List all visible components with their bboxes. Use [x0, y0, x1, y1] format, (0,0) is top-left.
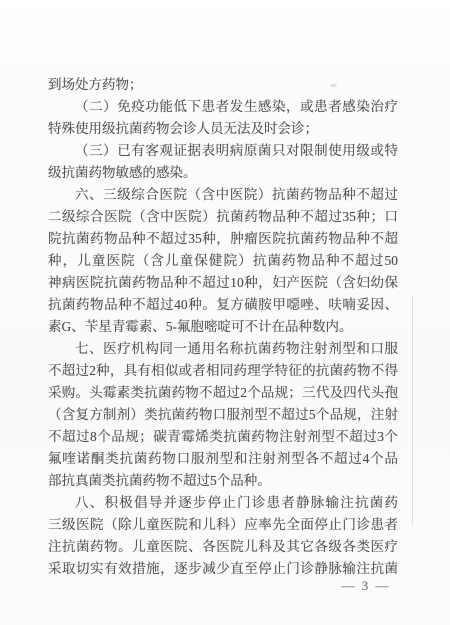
text-line: 六、三级综合医院（含中医院）抗菌药物品种不超过50种， [48, 184, 398, 206]
text-line: 不超过8个品规；碳青霉烯类抗菌药物注射剂型不超过3个品规； [48, 426, 398, 448]
scan-edge-line [412, 295, 413, 525]
text-line: 种，儿童医院（含儿童保健院）抗菌药物品种不超过50种，精 [48, 250, 398, 272]
text-line: 不超过2种，具有相似或者相同药理学特征的抗菌药物不得重复 [48, 360, 398, 382]
text-line: 神病医院抗菌药物品种不超过10种，妇产医院（含妇幼保健院） [48, 272, 398, 294]
text-line: 二级综合医院（含中医院）抗菌药物品种不超过35种；口腔医 [48, 206, 398, 228]
text-line: 采取切实有效措施，逐步减少直至停止门诊静脉输注抗菌药物。 [48, 558, 398, 580]
text-line: （二）免疫功能低下患者发生感染，或患者感染治疗需要， [48, 96, 398, 118]
text-line: 院抗菌药物品种不超过35种，肿瘤医院抗菌药物品种不超过35 [48, 228, 398, 250]
text-line: 素G、苄星青霉素、5-氟胞嘧啶可不计在品种数内。 [48, 316, 398, 338]
text-line: （含复方制剂）类抗菌药物口服剂型不超过5个品规，注射剂型 [48, 404, 398, 426]
text-line: 特殊使用级抗菌药物会诊人员无法及时会诊； [48, 118, 398, 140]
document-page: 到场处方药物；（二）免疫功能低下患者发生感染，或患者感染治疗需要，特殊使用级抗菌… [0, 0, 450, 625]
text-line: 注抗菌药物。儿童医院、各医院儿科及其它各级各类医疗机构应 [48, 536, 398, 558]
text-line: 氟喹诺酮类抗菌药物口服剂型和注射剂型各不超过4个品规；深 [48, 448, 398, 470]
text-line: 部抗真菌类抗菌药物不超过5个品种。 [48, 470, 398, 492]
text-line: 到场处方药物； [48, 74, 398, 96]
text-line: 级抗菌药物敏感的感染。 [48, 162, 398, 184]
text-line: 抗菌药物品种不超过40种。复方磺胺甲噁唑、呋喃妥因、青霉 [48, 294, 398, 316]
text-line: （三）已有客观证据表明病原菌只对限制使用级或特殊使用 [48, 140, 398, 162]
text-line: 七、医疗机构同一通用名称抗菌药物注射剂型和口服剂型各 [48, 338, 398, 360]
text-block: 到场处方药物；（二）免疫功能低下患者发生感染，或患者感染治疗需要，特殊使用级抗菌… [48, 74, 398, 580]
text-line: 八、积极倡导并逐步停止门诊患者静脉输注抗菌药物。全省 [48, 492, 398, 514]
text-line: 三级医院（除儿童医院和儿科）应率先全面停止门诊患者静脉输 [48, 514, 398, 536]
text-line: 采购。头霉素类抗菌药物不超过2个品规；三代及四代头孢菌素 [48, 382, 398, 404]
page-number: — 3 — [336, 578, 396, 594]
